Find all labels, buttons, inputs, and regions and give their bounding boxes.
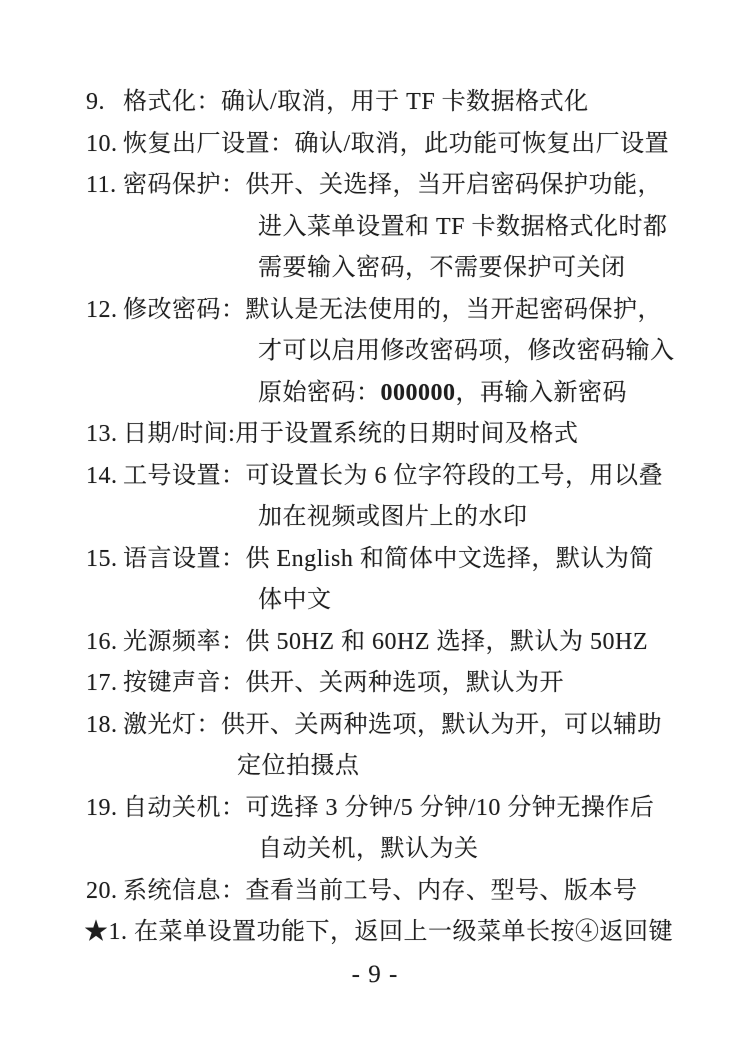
item-number: 12. xyxy=(86,290,123,332)
item-number: 13. xyxy=(86,414,123,456)
text-segment: 工号设置：可设置长为 6 位字符段的工号，用以叠 xyxy=(123,463,663,489)
text-segment: 自动关机，默认为关 xyxy=(258,836,479,862)
text-segment: 语言设置：供 English 和简体中文选择，默认为简 xyxy=(123,546,654,572)
list-item-line: 17.按键声音：供开、关两种选项，默认为开 xyxy=(86,663,750,705)
text-segment: 原始密码： xyxy=(258,380,381,406)
continuation-line: 需要输入密码，不需要保护可关闭 xyxy=(258,248,750,290)
continuation-line: 体中文 xyxy=(258,580,750,622)
text-segment: ，再输入新密码 xyxy=(456,380,628,406)
item-number: 16. xyxy=(86,622,123,664)
list-item-line: 20.系统信息：查看当前工号、内存、型号、版本号 xyxy=(86,871,750,913)
item-number: 20. xyxy=(86,871,123,913)
continuation-line: 才可以启用修改密码项，修改密码输入 xyxy=(258,331,750,373)
list-item-line: 13.日期/时间:用于设置系统的日期时间及格式 xyxy=(86,414,750,456)
text-segment: ★1. 在菜单设置功能下，返回上一级菜单长按④返回键 xyxy=(84,919,673,945)
text-segment: 格式化：确认/取消，用于 TF 卡数据格式化 xyxy=(123,89,589,115)
continuation-line: 原始密码：000000，再输入新密码 xyxy=(258,373,750,415)
text-segment: 按键声音：供开、关两种选项，默认为开 xyxy=(123,670,564,696)
text-segment: 体中文 xyxy=(258,587,332,613)
list-item-line: 9.格式化：确认/取消，用于 TF 卡数据格式化 xyxy=(86,82,750,124)
item-number: 17. xyxy=(86,663,123,705)
continuation-line: 加在视频或图片上的水印 xyxy=(258,497,750,539)
text-segment: 密码保护：供开、关选择，当开启密码保护功能， xyxy=(123,172,662,198)
text-segment: 进入菜单设置和 TF 卡数据格式化时都 xyxy=(258,214,668,240)
list-item-line: 14.工号设置：可设置长为 6 位字符段的工号，用以叠 xyxy=(86,456,750,498)
page-number: - 9 - xyxy=(0,954,750,996)
item-number: 15. xyxy=(86,539,123,581)
item-number: 9. xyxy=(86,82,123,124)
continuation-line: 自动关机，默认为关 xyxy=(258,829,750,871)
item-number: 11. xyxy=(86,165,123,207)
continuation-line: 进入菜单设置和 TF 卡数据格式化时都 xyxy=(258,207,750,249)
item-number: 18. xyxy=(86,705,123,747)
text-segment: 定位拍摄点 xyxy=(237,753,360,779)
text-segment: 加在视频或图片上的水印 xyxy=(258,504,528,530)
list-item-line: 15.语言设置：供 English 和简体中文选择，默认为简 xyxy=(86,539,750,581)
text-segment: 自动关机：可选择 3 分钟/5 分钟/10 分钟无操作后 xyxy=(123,795,654,821)
list-item-line: 18.激光灯：供开、关两种选项，默认为开，可以辅助 xyxy=(86,705,750,747)
list-item-line: 10.恢复出厂设置：确认/取消，此功能可恢复出厂设置 xyxy=(86,124,750,166)
starred-note-line: ★1. 在菜单设置功能下，返回上一级菜单长按④返回键 xyxy=(84,912,750,954)
list-item-line: 12.修改密码：默认是无法使用的，当开起密码保护， xyxy=(86,290,750,332)
list-item-line: 19.自动关机：可选择 3 分钟/5 分钟/10 分钟无操作后 xyxy=(86,788,750,830)
text-segment: 日期/时间:用于设置系统的日期时间及格式 xyxy=(123,421,578,447)
text-segment: 需要输入密码，不需要保护可关闭 xyxy=(258,255,626,281)
item-number: 19. xyxy=(86,788,123,830)
manual-page-body: 9.格式化：确认/取消，用于 TF 卡数据格式化10.恢复出厂设置：确认/取消，… xyxy=(0,0,750,954)
list-item-line: 11.密码保护：供开、关选择，当开启密码保护功能， xyxy=(86,165,750,207)
text-segment: 系统信息：查看当前工号、内存、型号、版本号 xyxy=(123,878,638,904)
item-number: 10. xyxy=(86,124,123,166)
list-item-line: 16.光源频率：供 50HZ 和 60HZ 选择，默认为 50HZ xyxy=(86,622,750,664)
text-segment: 修改密码：默认是无法使用的，当开起密码保护， xyxy=(123,297,662,323)
text-segment: 激光灯：供开、关两种选项，默认为开，可以辅助 xyxy=(123,712,662,738)
continuation-line: 定位拍摄点 xyxy=(237,746,750,788)
text-segment: 恢复出厂设置：确认/取消，此功能可恢复出厂设置 xyxy=(123,131,669,157)
text-segment: 光源频率：供 50HZ 和 60HZ 选择，默认为 50HZ xyxy=(123,629,648,655)
item-number: 14. xyxy=(86,456,123,498)
bold-text-segment: 000000 xyxy=(381,380,456,406)
text-segment: 才可以启用修改密码项，修改密码输入 xyxy=(258,338,675,364)
